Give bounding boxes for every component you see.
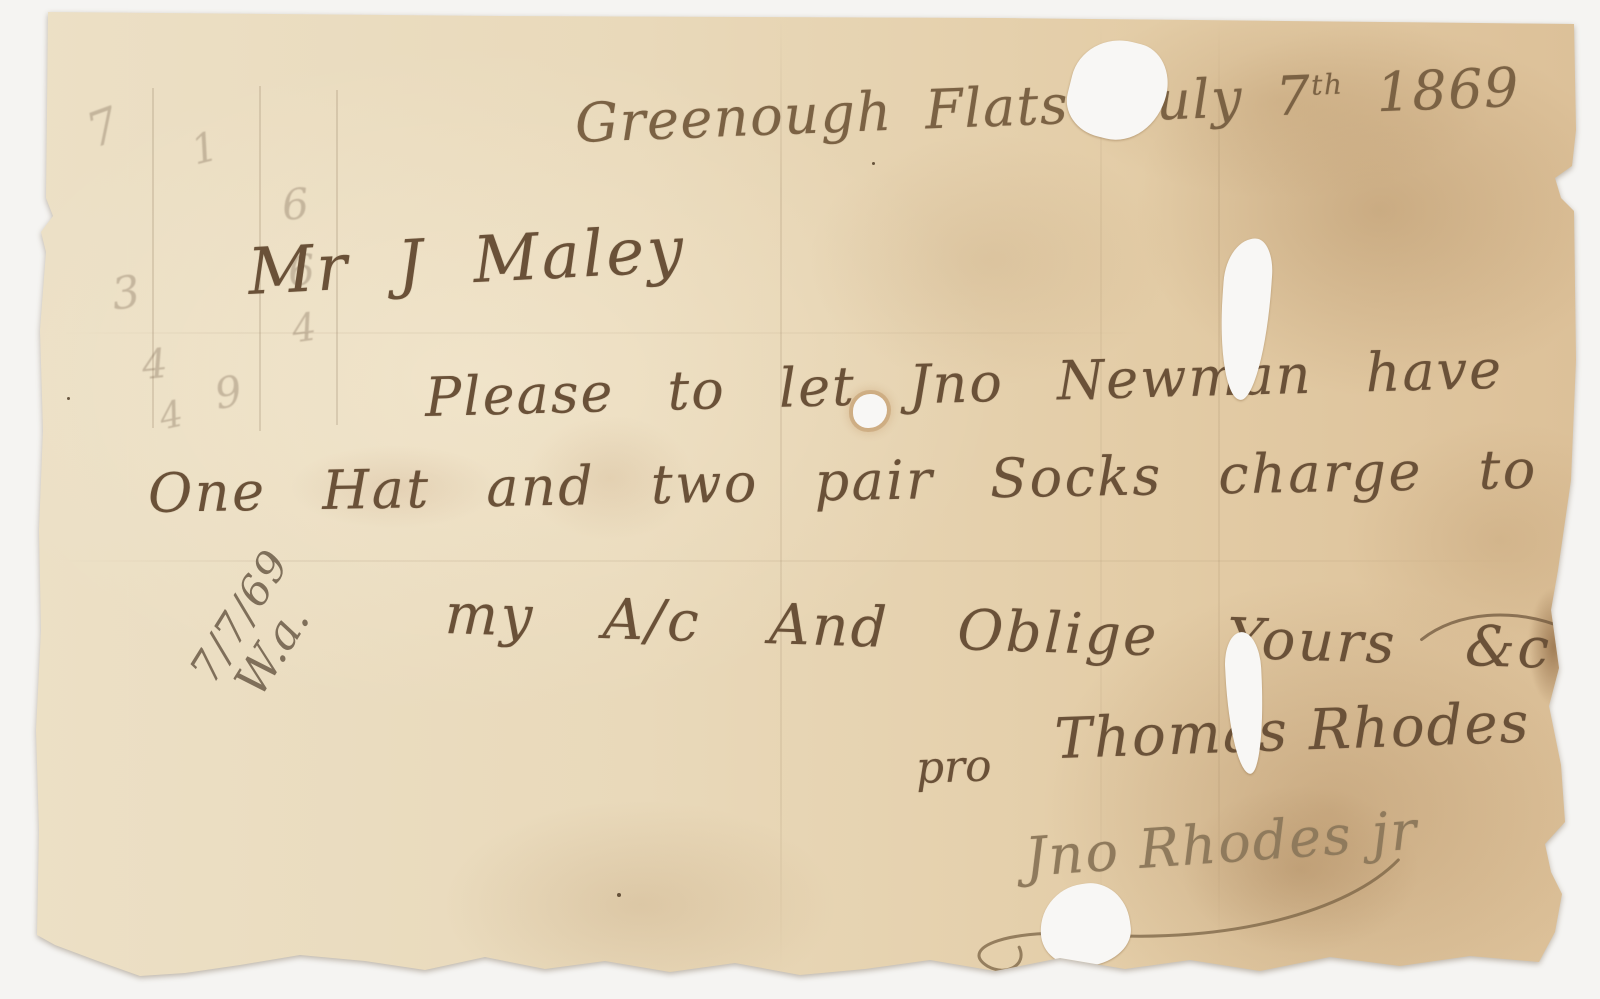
- fold-crease-horizontal-upper: [60, 332, 1160, 334]
- dateline-place: Greenough Flats: [574, 73, 1070, 155]
- bleedthrough-figure: 4: [140, 341, 170, 389]
- bleedthrough-figure: 4: [156, 394, 187, 439]
- dateline-day-suffix: th: [1310, 67, 1344, 101]
- paper-pinhole: [853, 394, 887, 428]
- bleedthrough-figure: 6: [280, 179, 311, 230]
- letter-paper: 7 1 3 4 6 6 4 9 4 Greenough FlatsJuly 7t…: [0, 0, 1600, 999]
- scanner-background: 7 1 3 4 6 6 4 9 4 Greenough FlatsJuly 7t…: [0, 0, 1600, 999]
- salutation: Mr J Maley: [246, 213, 688, 310]
- body-line-1: Please to let Jno Newman have: [424, 338, 1504, 429]
- ink-speck: [67, 397, 70, 400]
- dateline-year: 1869: [1375, 56, 1521, 124]
- bleedthrough-figure: 7: [79, 96, 127, 159]
- signature-pro-label: pro: [915, 740, 992, 794]
- signature-line: proThomas Rhodes: [914, 691, 1531, 777]
- ink-speck: [617, 893, 621, 897]
- bleedthrough-figure: 3: [109, 266, 144, 320]
- ink-speck: [872, 162, 875, 165]
- signature-flourish: [916, 843, 1420, 980]
- docket-annotation: 7/7/69 W.a.: [161, 510, 360, 748]
- dateline: Greenough FlatsJuly 7th 1869: [574, 56, 1521, 155]
- dateline-day: 7: [1274, 64, 1312, 128]
- signature-principal: Thomas Rhodes: [1053, 691, 1531, 773]
- letter-paper-shadow: 7 1 3 4 6 6 4 9 4 Greenough FlatsJuly 7t…: [0, 0, 1600, 999]
- bleedthrough-figure: 9: [211, 366, 246, 419]
- bleedthrough-figure: 4: [289, 305, 319, 352]
- bleedthrough-figure: 1: [187, 124, 223, 175]
- body-line-2: One Hat and two pair Socks charge to: [147, 438, 1538, 525]
- body-line-3: my A/c And Oblige Yours &c: [444, 582, 1552, 682]
- pen-flourish: [1417, 595, 1569, 660]
